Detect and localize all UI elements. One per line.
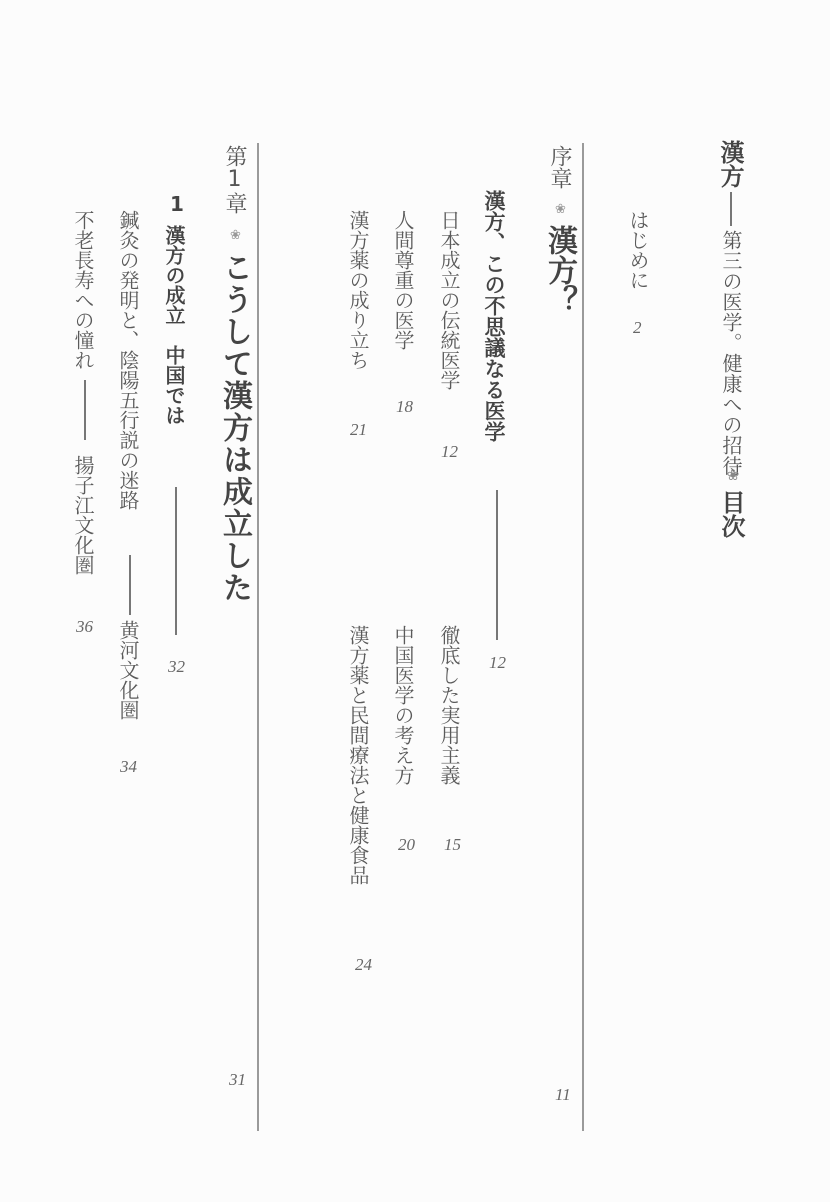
chapter1-section-title[interactable]: 漢方の成立 中国では: [164, 225, 184, 425]
toc-entry-1-page: 15: [444, 835, 461, 855]
leader-line: [496, 490, 498, 640]
toc-entry-ch1-0[interactable]: 鍼灸の発明と、陰陽五行説の迷路: [118, 210, 138, 510]
prologue-label[interactable]: 序章: [548, 145, 570, 189]
toc-entry-3-page: 20: [398, 835, 415, 855]
toc-entry-4[interactable]: 漢方薬の成り立ち: [348, 210, 368, 370]
prologue-section-title[interactable]: 漢方、この不思議なる医学: [483, 190, 504, 442]
toc-entry-4-page: 21: [350, 420, 367, 440]
toc-entry-ch1-0-suffix: 黄河文化圏: [118, 620, 138, 720]
chapter1-title[interactable]: こうして漢方は成立した: [219, 252, 249, 604]
chapter1-section-number: 1: [167, 192, 187, 216]
toc-entry-5[interactable]: 漢方薬と民間療法と健康食品: [348, 625, 368, 885]
chapter1-label[interactable]: 第1章: [223, 145, 245, 214]
toc-entry-ch1-1-suffix: 揚子江文化圏: [73, 455, 93, 575]
toc-entry-ch1-1-page: 36: [76, 617, 93, 637]
section-divider-chapter1: [257, 143, 259, 1131]
preface-link[interactable]: はじめに: [628, 210, 648, 290]
toc-entry-2[interactable]: 人間尊重の医学: [393, 210, 413, 350]
toc-label: 目次: [719, 490, 743, 538]
toc-entry-ch1-1[interactable]: 不老長寿への憧れ: [73, 210, 93, 370]
toc-entry-0[interactable]: 日本成立の伝統医学: [439, 210, 459, 390]
ornament-icon: ❀: [229, 228, 242, 243]
book-title-main: 漢方: [718, 140, 742, 188]
prologue-section-page: 12: [489, 653, 506, 673]
title-dash: [730, 192, 732, 226]
ornament-icon: ❀: [725, 466, 740, 484]
toc-entry-2-page: 18: [396, 397, 413, 417]
prologue-title[interactable]: 漢方？: [544, 225, 574, 315]
toc-entry-3[interactable]: 中国医学の考え方: [393, 625, 413, 785]
toc-entry-1[interactable]: 徹底した実用主義: [439, 625, 459, 785]
leader-line: [175, 487, 177, 635]
leader-line: [129, 555, 131, 615]
prologue-start-page: 11: [555, 1085, 571, 1105]
toc-entry-5-page: 24: [355, 955, 372, 975]
toc-entry-0-page: 12: [441, 442, 458, 462]
chapter1-start-page: 31: [229, 1070, 246, 1090]
ornament-icon: ❀: [554, 202, 567, 217]
leader-line: [84, 380, 86, 440]
toc-entry-ch1-0-page: 34: [120, 757, 137, 777]
preface-page: 2: [633, 318, 642, 338]
chapter1-section-page: 32: [168, 657, 185, 677]
section-divider-prologue: [582, 143, 584, 1131]
book-subtitle: 第三の医学。健康への招待: [721, 230, 741, 476]
